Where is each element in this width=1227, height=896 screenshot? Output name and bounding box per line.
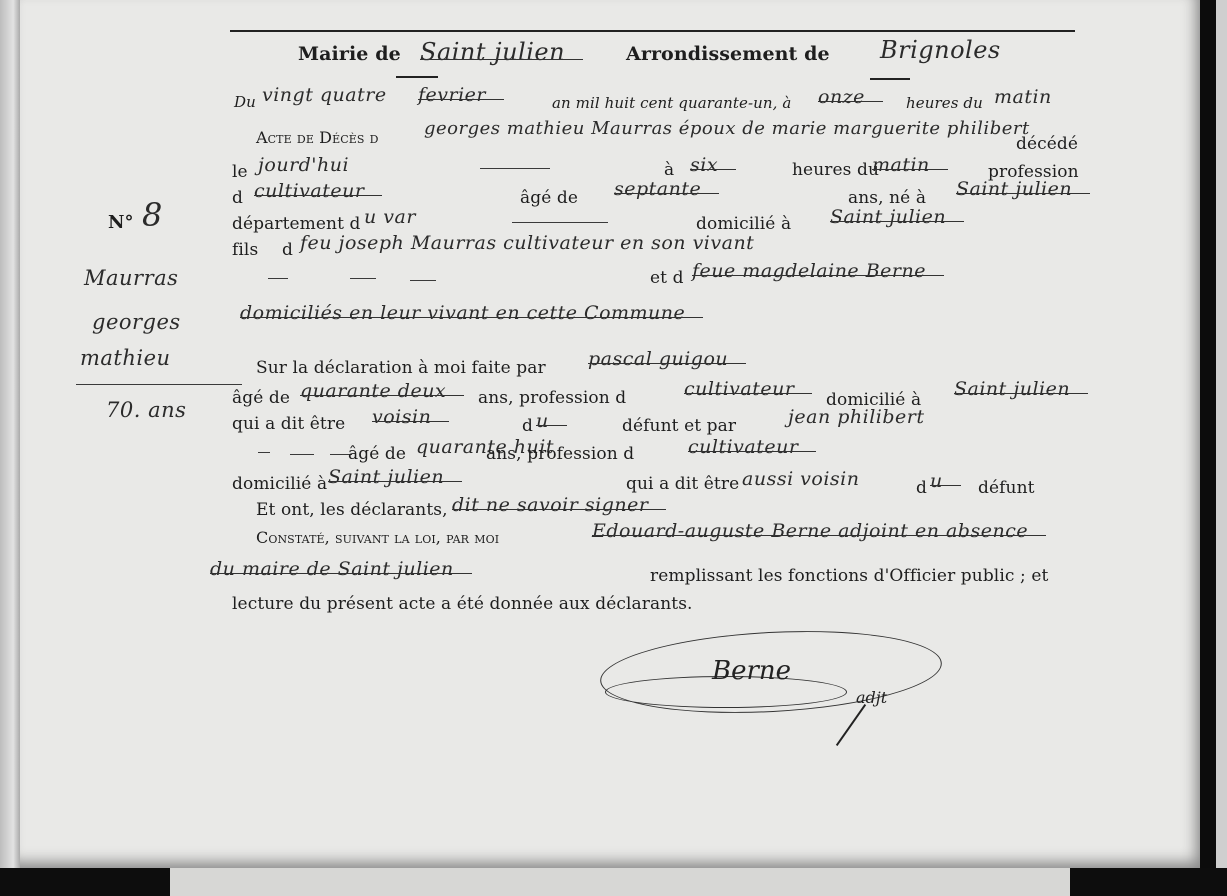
fils-label: fils — [232, 240, 258, 260]
parents-domicile: domiciliés en leur vivant en cette Commu… — [240, 302, 685, 324]
declarant-1-age: quarante deux — [300, 380, 446, 402]
acte-deces-label: Acte de Décès d — [256, 128, 379, 147]
header-small-rule-2 — [870, 78, 910, 80]
left-binding-edge — [0, 0, 22, 896]
lecture-label: lecture du présent acte a été donnée aux… — [232, 594, 693, 614]
date-prefix: Du — [234, 93, 256, 111]
officier-public-label: remplissant les fonctions d'Officier pub… — [650, 566, 1048, 586]
margin-age: 70. ans — [106, 398, 186, 422]
declarant-2-prof-label: ans, profession d — [486, 444, 634, 464]
right-binding-gutter — [1200, 0, 1216, 896]
deceased-profession: cultivateur — [254, 180, 364, 202]
father-name: feu joseph Maurras cultivateur en son vi… — [300, 232, 754, 254]
declarant-1-name: pascal guigou — [588, 348, 728, 370]
blank-dash — [350, 278, 376, 279]
deceased-age: septante — [614, 178, 701, 200]
blank-dash — [480, 168, 550, 169]
mother-name: feue magdelaine Berne — [692, 260, 926, 282]
declarant-2-dom-label: domicilié à — [232, 474, 327, 494]
officer-role: du maire de Saint julien — [210, 558, 454, 580]
blank-dash — [410, 280, 436, 281]
born-label: ans, né à — [848, 188, 926, 208]
bottom-paper-edge — [170, 868, 1070, 896]
de-label: d — [232, 188, 243, 208]
date-hour: onze — [818, 86, 865, 108]
date-time: matin — [994, 86, 1052, 108]
departement-label: département d — [232, 214, 361, 234]
declarant-2-profession: cultivateur — [688, 436, 798, 458]
record-number-label: N° — [108, 212, 134, 233]
le-label: le — [232, 162, 248, 182]
departement-value: u var — [364, 206, 416, 228]
a-label: à — [664, 160, 674, 180]
arrondissement-value: Brignoles — [880, 36, 1001, 64]
date-year: an mil huit cent quarante-un, à — [552, 94, 791, 112]
du-label-2: d — [916, 478, 927, 498]
margin-given-name-1: georges — [92, 310, 181, 334]
margin-surname: Maurras — [84, 266, 178, 290]
birthplace: Saint julien — [956, 178, 1072, 200]
declarant-2-rel-label: qui a dit être — [626, 474, 739, 494]
signature-name: Berne — [712, 656, 791, 686]
declarant-1-prof-label: ans, profession d — [478, 388, 626, 408]
domicile-value: Saint julien — [830, 206, 946, 228]
declarant-1-profession: cultivateur — [684, 378, 794, 400]
blank-dash — [512, 222, 608, 223]
constate-label: Constaté, suivant la loi, par moi — [256, 528, 499, 547]
record-number: 8 — [142, 196, 163, 234]
deceased-name: georges mathieu Maurras époux de marie m… — [424, 118, 1030, 139]
defunt-et-par-label: défunt et par — [622, 416, 736, 436]
declarant-2-domicile: Saint julien — [328, 466, 444, 488]
du-handwritten: u — [536, 410, 549, 432]
declarant-1-age-label: âgé de — [232, 388, 290, 408]
next-page-edge — [1216, 0, 1227, 896]
declaration-label: Sur la déclaration à moi faite par — [256, 358, 546, 378]
death-day: jourd'hui — [258, 154, 349, 176]
decede-label: décédé — [1016, 134, 1078, 154]
date-day: vingt quatre — [262, 84, 387, 106]
officer-name: Edouard-auguste Berne adjoint en absence — [592, 520, 1028, 542]
death-time: matin — [872, 154, 930, 176]
header-rule — [230, 30, 1075, 32]
margin-rule — [76, 384, 242, 385]
signature-title: adjt — [856, 688, 887, 707]
fils-de-label: d — [282, 240, 293, 260]
death-hour: six — [690, 154, 718, 176]
declarants-signature-status: dit ne savoir signer — [452, 494, 648, 516]
declarant-2-name: jean philibert — [788, 406, 925, 428]
declarants-label: Et ont, les déclarants, — [256, 500, 448, 520]
mairie-value: Saint julien — [420, 38, 565, 66]
mairie-label: Mairie de — [298, 43, 401, 65]
et-de-label: et d — [650, 268, 684, 288]
declarant-1-relation: voisin — [372, 406, 431, 428]
defunt-label: défunt — [978, 478, 1035, 498]
declarant-2-age-label: âgé de — [348, 444, 406, 464]
blank-dash — [290, 454, 314, 455]
declarant-1-rel-label: qui a dit être — [232, 414, 345, 434]
margin-given-name-2: mathieu — [80, 346, 171, 370]
date-hours-label: heures du — [906, 94, 983, 112]
blank-dash — [258, 452, 270, 453]
arrondissement-label: Arrondissement de — [626, 43, 830, 65]
blank-dash — [268, 278, 288, 279]
death-hours-label: heures du — [792, 160, 879, 180]
date-month: fevrier — [418, 84, 486, 106]
declarant-2-relation: aussi voisin — [742, 468, 860, 490]
du-label: d — [522, 416, 533, 436]
domicile-label: domicilié à — [696, 214, 791, 234]
du-handwritten-2: u — [930, 470, 943, 492]
header-small-rule — [396, 76, 438, 78]
age-label: âgé de — [520, 188, 578, 208]
declarant-1-domicile: Saint julien — [954, 378, 1070, 400]
